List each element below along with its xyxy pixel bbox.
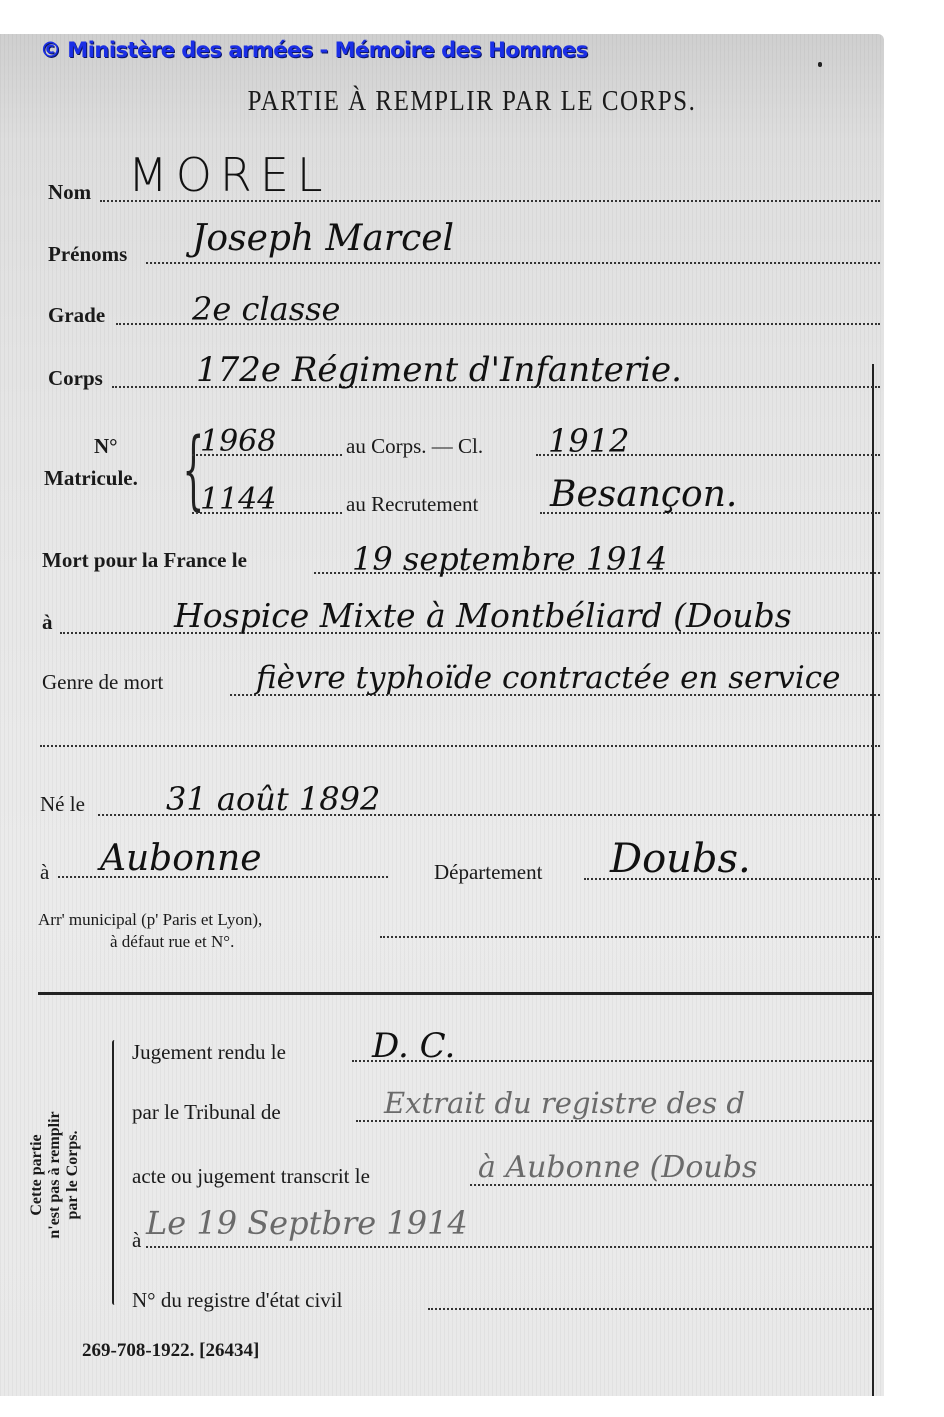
registre-label: N° du registre d'état civil [132, 1288, 342, 1313]
civil-side-note: Cette partie n'est pas à remplir par le … [28, 1060, 82, 1290]
ne-le-label: Né le [40, 792, 85, 817]
departement-label: Département [434, 860, 542, 885]
copyright-watermark: © Ministère des armées - Mémoire des Hom… [40, 38, 588, 62]
corps-value: 172e Régiment d'Infanterie. [196, 350, 682, 390]
ink-spot [818, 62, 822, 67]
mort-le-label: Mort pour la France le [42, 548, 247, 573]
registre-line [428, 1308, 872, 1310]
arr-municipal-label: Arr' municipal (p' Paris et Lyon), [38, 910, 262, 930]
mort-a-value: Hospice Mixte à Montbéliard (Doubs [174, 596, 792, 635]
corps-number-value: 1968 [200, 424, 276, 459]
genre-mort-label: Genre de mort [42, 670, 163, 695]
departement-value: Doubs. [610, 836, 751, 882]
recrutement-label: au Recrutement [346, 492, 478, 517]
form-heading: PARTIE À REMPLIR PAR LE CORPS. [0, 86, 944, 118]
transcrit-label: acte ou jugement transcrit le [132, 1164, 370, 1189]
arr-municipal-line [380, 936, 880, 938]
section-divider [38, 992, 872, 995]
corps-cl-label: au Corps. — Cl. [346, 434, 483, 459]
nom-label: Nom [48, 180, 91, 205]
side-note-line-2: n'est pas à remplir [46, 1060, 64, 1290]
transcrit-a-label: à [132, 1228, 141, 1253]
ne-le-value: 31 août 1892 [166, 780, 380, 818]
side-note-line-1: Cette partie [28, 1060, 46, 1290]
mort-le-value: 19 septembre 1914 [352, 540, 667, 578]
transcrit-a-line [146, 1246, 872, 1248]
mort-a-label: à [42, 610, 53, 635]
prenoms-label: Prénoms [48, 242, 127, 267]
jugement-label: Jugement rendu le [132, 1040, 286, 1065]
corps-label: Corps [48, 366, 103, 391]
nom-value: MOREL [128, 148, 331, 202]
ne-a-value: Aubonne [100, 838, 262, 879]
ne-a-label: à [40, 860, 49, 885]
print-reference: 269-708-1922. [26434] [82, 1340, 259, 1362]
recrutement-value: Besançon. [550, 474, 737, 515]
genre-mort-value: fièvre typhoïde contractée en service [256, 660, 840, 696]
transcrit-a-value: Le 19 Septbre 1914 [146, 1204, 468, 1242]
classe-value: 1912 [548, 422, 629, 460]
transcrit-value: à Aubonne (Doubs [478, 1150, 757, 1185]
jugement-value: D. C. [372, 1026, 455, 1066]
arr-municipal-label-2: à défaut rue et N°. [110, 932, 234, 952]
tribunal-line [356, 1120, 872, 1122]
extra-line [40, 745, 880, 747]
civil-brace [112, 1040, 117, 1305]
matricule-no-label: N° [94, 434, 118, 459]
prenoms-line [146, 262, 880, 264]
recrutement-number-value: 1144 [200, 482, 276, 517]
matricule-label: Matricule. [44, 466, 138, 491]
tribunal-value: Extrait du registre des d [384, 1086, 745, 1120]
grade-value: 2e classe [192, 290, 340, 328]
grade-label: Grade [48, 303, 105, 328]
side-note-line-3: par le Corps. [64, 1060, 82, 1290]
tribunal-label: par le Tribunal de [132, 1100, 281, 1125]
prenoms-value: Joseph Marcel [192, 218, 454, 259]
